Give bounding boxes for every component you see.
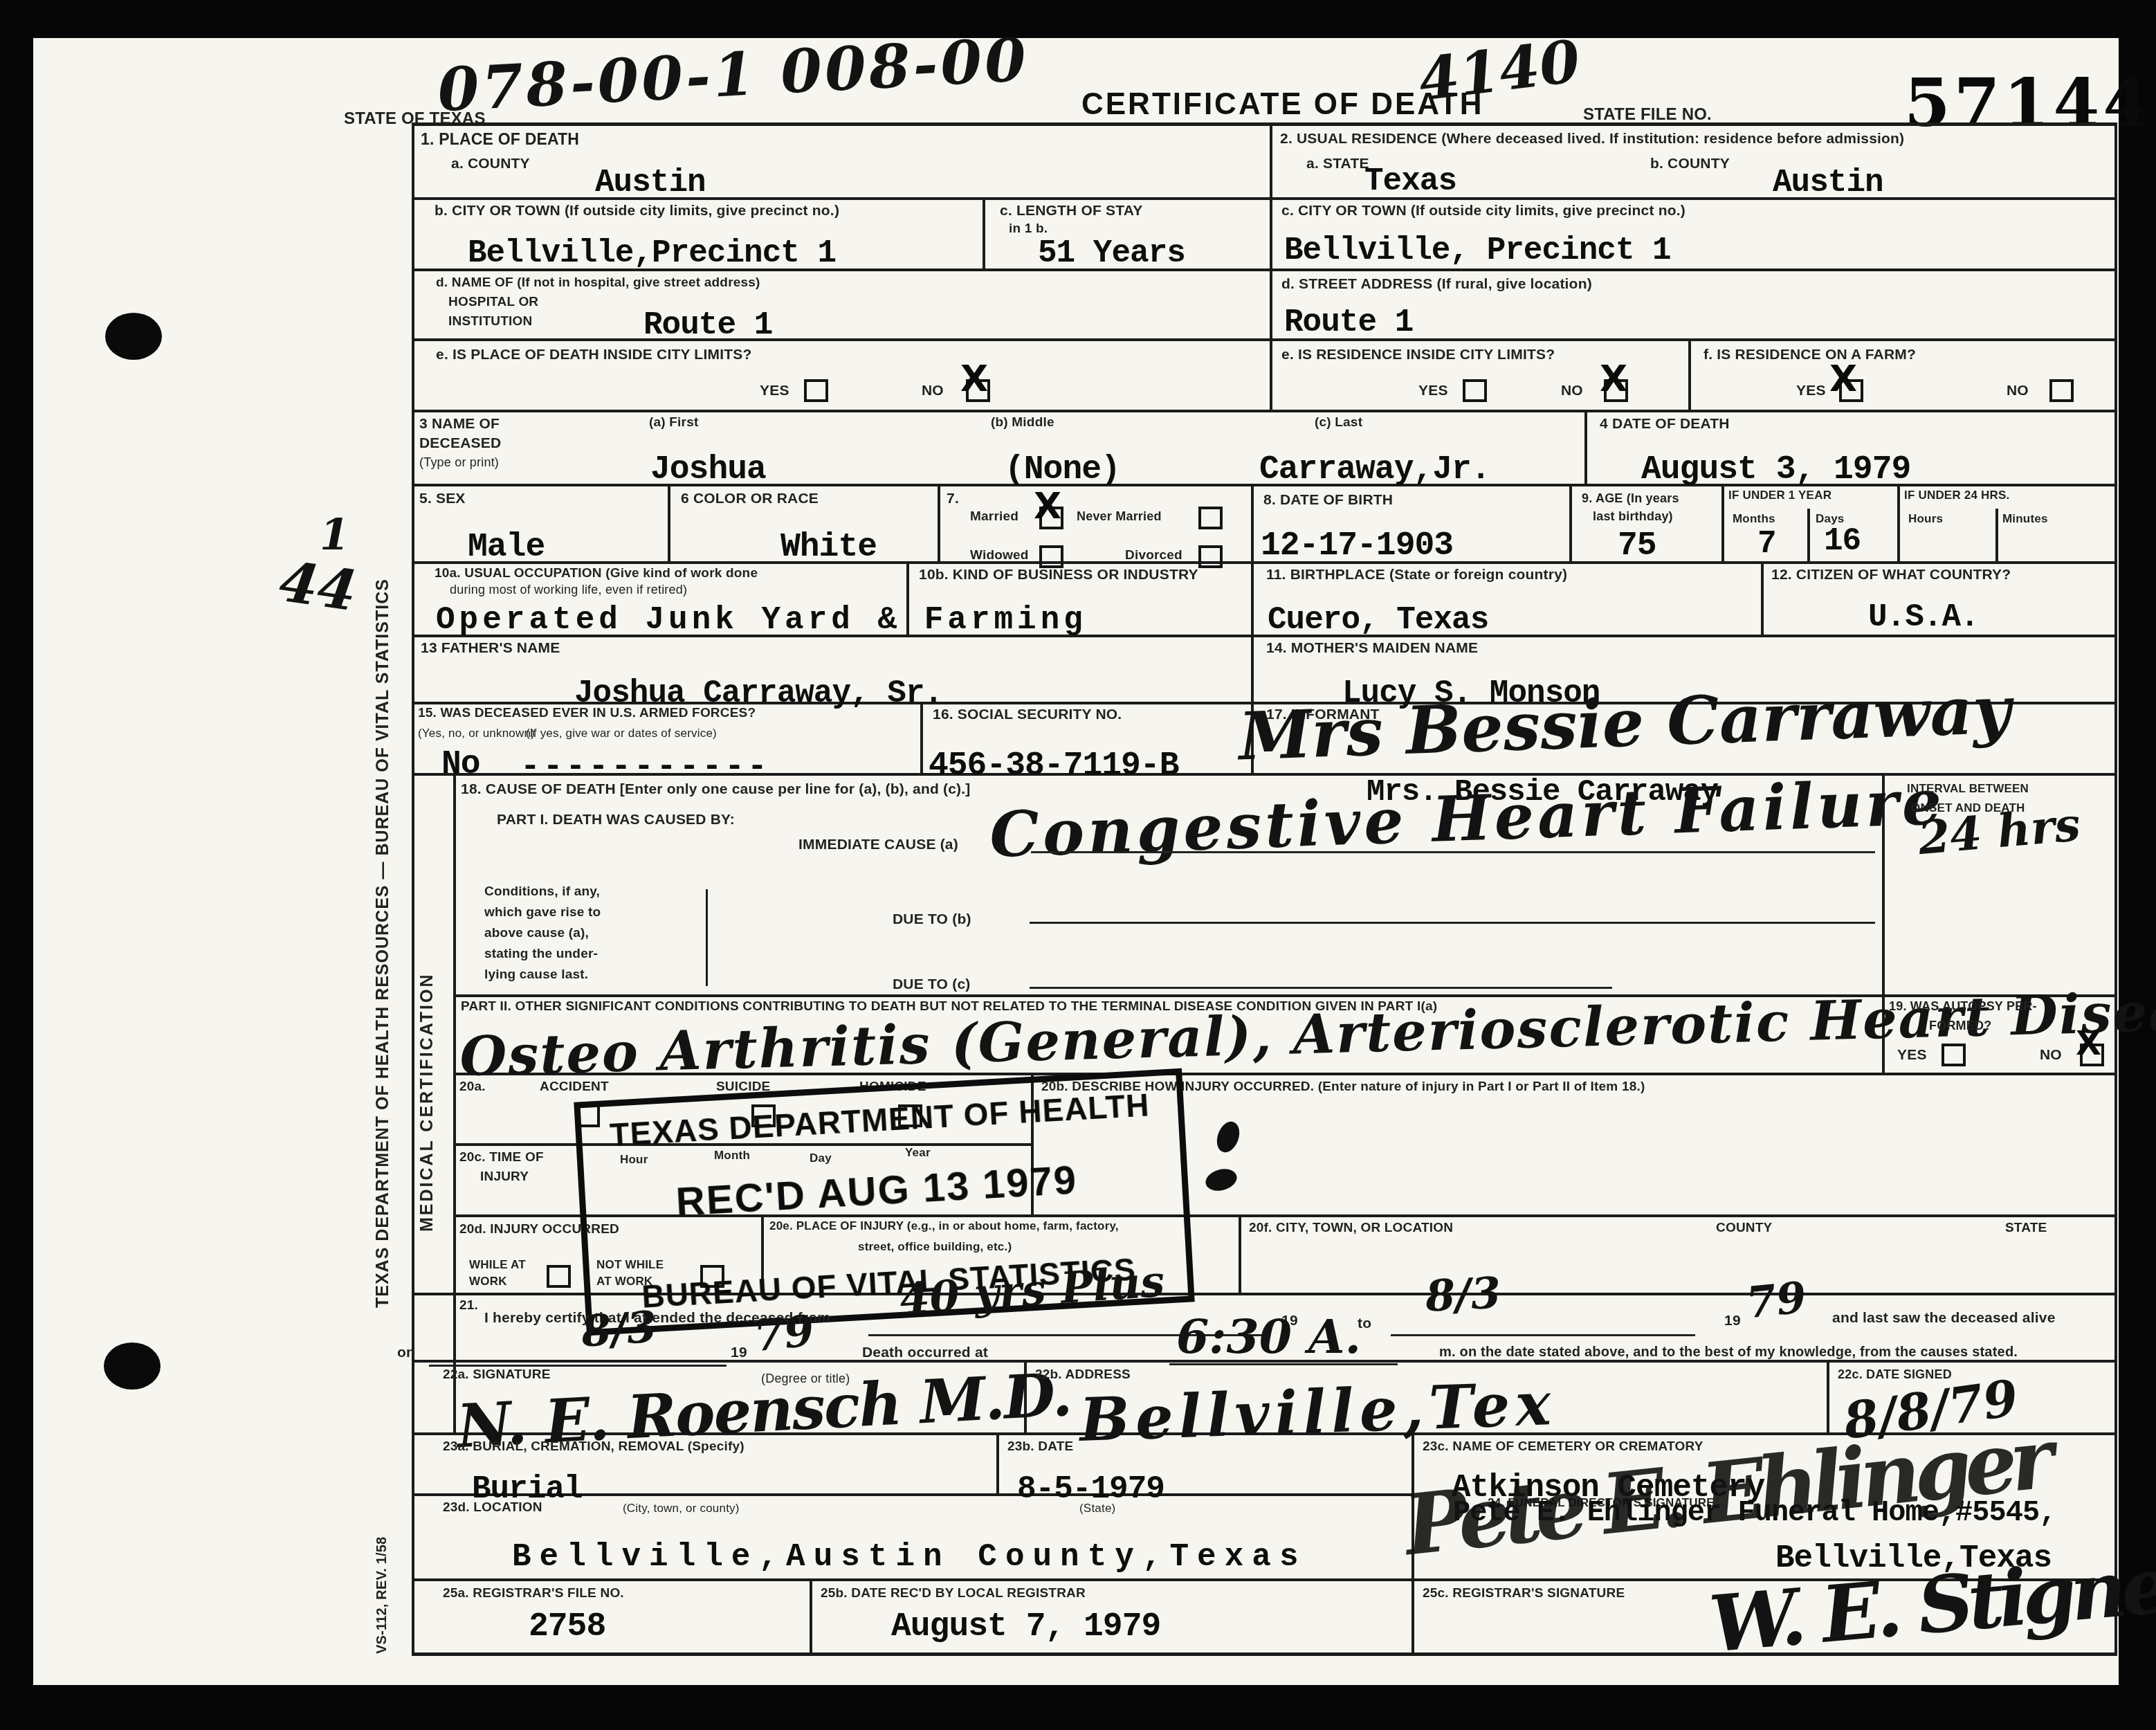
certify-text2: and last saw the deceased alive — [1832, 1309, 2056, 1327]
birthplace-value: Cuero, Texas — [1268, 602, 1488, 638]
last-name-value: Carraway,Jr. — [1259, 451, 1490, 489]
name-of-deceased-label2: DECEASED — [419, 435, 501, 452]
certify-text3: Death occurred at — [862, 1344, 988, 1361]
widowed-label: Widowed — [970, 548, 1029, 564]
form-right-border — [2114, 122, 2117, 1655]
usual-occupation-label: 10a. USUAL OCCUPATION (Give kind of work… — [435, 566, 758, 582]
residence-limits-no-checkmark: X — [1600, 358, 1627, 400]
married-label: Married — [970, 509, 1018, 525]
middle-name-value: (None) — [1005, 451, 1120, 489]
autopsy-label2: FORMED? — [1929, 1019, 1991, 1034]
never-married-label: Never Married — [1077, 509, 1162, 525]
color-or-race-label: 6 COLOR OR RACE — [681, 490, 819, 507]
margin-medical-certification-label: MEDICAL CERTIFICATION — [417, 907, 437, 1232]
age-label: 9. AGE (In years — [1582, 491, 1679, 507]
residence-state-label: a. STATE — [1306, 155, 1369, 172]
autopsy-yes-label: YES — [1897, 1046, 1927, 1064]
registrar-date-value: August 7, 1979 — [891, 1608, 1160, 1646]
certify-number: 21. — [459, 1298, 478, 1314]
armed-forces-sublabel1: (Yes, no, or unknown) — [418, 727, 535, 740]
sex-value: Male — [468, 529, 545, 566]
last-saw-date-handwritten: 8/3 — [580, 1301, 659, 1356]
armed-forces-value: No — [441, 746, 480, 783]
margin-form-code: VS-112, REV. 1/58 — [374, 1474, 390, 1654]
occupation-value: Operated Junk Yard & Farming — [436, 602, 1087, 638]
if-under-1-year-label: IF UNDER 1 YEAR — [1728, 489, 1831, 502]
injury-state-label: STATE — [2005, 1221, 2047, 1237]
autopsy-no-checkmark: X — [2076, 1024, 2101, 1063]
death-city-limits-label: e. IS PLACE OF DEATH INSIDE CITY LIMITS? — [436, 346, 751, 363]
street-address-value: Route 1 — [1284, 304, 1413, 340]
residence-city-limits-label: e. IS RESIDENCE INSIDE CITY LIMITS? — [1281, 346, 1555, 363]
conditions-brace — [706, 889, 708, 986]
signature-label: 22a. SIGNATURE — [443, 1367, 551, 1383]
injury-county-label: COUNTY — [1716, 1221, 1772, 1237]
city-or-town-value: Bellville,Precinct 1 — [468, 235, 836, 271]
date-of-birth-value: 12-17-1903 — [1261, 527, 1453, 565]
months-value: 7 — [1757, 526, 1776, 562]
divorced-checkbox — [1198, 545, 1223, 568]
usual-residence-heading: 2. USUAL RESIDENCE (Where deceased lived… — [1280, 130, 1904, 147]
residence-city-value: Bellville, Precinct 1 — [1284, 233, 1671, 268]
attended-to-handwritten: 8/3 — [1424, 1267, 1502, 1322]
time-of-injury-label1: 20c. TIME OF — [459, 1150, 544, 1166]
days-value: 16 — [1824, 523, 1861, 559]
citizen-label: 12. CITIZEN OF WHAT COUNTRY? — [1771, 566, 2011, 583]
if-under-24-hrs-label: IF UNDER 24 HRS. — [1904, 489, 2009, 502]
conditions-note-5: lying cause last. — [484, 967, 588, 983]
hole-punch-bottom — [104, 1342, 161, 1390]
registrar-file-value: 2758 — [529, 1608, 605, 1646]
middle-name-label: (b) Middle — [991, 415, 1054, 431]
armed-forces-sublabel2: (If yes, give war or dates of service) — [526, 727, 717, 740]
form-left-border — [412, 122, 414, 1655]
stamp-line2: REC'D AUG 13 1979 — [571, 1151, 1182, 1231]
autopsy-yes-checkbox — [1942, 1044, 1966, 1066]
location-label: 23d. LOCATION — [443, 1500, 542, 1516]
age-value: 75 — [1618, 527, 1656, 565]
burial-date-label: 23b. DATE — [1007, 1439, 1073, 1455]
due-to-b-label: DUE TO (b) — [893, 911, 971, 928]
date-of-birth-label: 8. DATE OF BIRTH — [1263, 491, 1393, 509]
first-name-value: Joshua — [650, 451, 766, 489]
ssn-label: 16. SOCIAL SECURITY NO. — [933, 706, 1122, 723]
age-label2: last birthday) — [1593, 509, 1673, 525]
location-value: Bellville,Austin County,Texas — [512, 1539, 1307, 1575]
kind-of-business-label: 10b. KIND OF BUSINESS OR INDUSTRY — [919, 566, 1198, 583]
while-at-work-checkbox — [547, 1265, 571, 1288]
place-of-death-heading: 1. PLACE OF DEATH — [421, 130, 579, 149]
farm-yes-label: YES — [1796, 382, 1826, 399]
interval-label1: INTERVAL BETWEEN — [1907, 782, 2029, 796]
marital-status-label: 7. — [947, 490, 959, 507]
time-of-death-handwritten: 6:30 A. — [1176, 1309, 1361, 1365]
year-79b-handwritten: 79 — [751, 1305, 816, 1362]
date-of-death-value: August 3, 1979 — [1641, 451, 1910, 489]
death-certificate-scan: TEXAS DEPARTMENT OF HEALTH RESOURCES — B… — [0, 0, 2156, 1730]
birthplace-label: 11. BIRTHPLACE (State or foreign country… — [1266, 566, 1567, 583]
certify-text4: m. on the date stated above, and to the … — [1439, 1344, 2018, 1360]
margin-agency-label: TEXAS DEPARTMENT OF HEALTH RESOURCES — B… — [372, 228, 393, 1308]
minutes-label: Minutes — [2002, 512, 2048, 526]
autopsy-label1: 19. WAS AUTOPSY PER- — [1889, 999, 2037, 1014]
county-value: Austin — [595, 165, 706, 201]
first-name-label: (a) First — [649, 415, 698, 431]
immediate-cause-label: IMMEDIATE CAUSE (a) — [798, 836, 958, 853]
certify-19-b: 19 — [1724, 1312, 1741, 1329]
city-or-town-label: b. CITY OR TOWN (If outside city limits,… — [435, 202, 839, 219]
injury-20a-label: 20a. — [459, 1080, 486, 1095]
conditions-note-1: Conditions, if any, — [484, 884, 600, 900]
certify-on: on — [397, 1344, 415, 1361]
hospital-name-label2: HOSPITAL OR — [448, 295, 538, 311]
name-of-deceased-label3: (Type or print) — [419, 455, 499, 471]
registrar-file-label: 25a. REGISTRAR'S FILE NO. — [443, 1586, 624, 1602]
death-limits-no-checkmark: X — [960, 358, 988, 400]
residence-farm-label: f. IS RESIDENCE ON A FARM? — [1703, 346, 1916, 363]
part1-label: PART I. DEATH WAS CAUSED BY: — [497, 811, 735, 828]
armed-forces-label: 15. WAS DECEASED EVER IN U.S. ARMED FORC… — [418, 706, 756, 722]
sex-label: 5. SEX — [419, 490, 466, 507]
margin-handwritten-note-2: 44 — [275, 549, 360, 624]
hole-punch-top — [105, 313, 162, 360]
mothers-maiden-name-label: 14. MOTHER'S MAIDEN NAME — [1266, 639, 1478, 657]
residence-county-value: Austin — [1773, 165, 1883, 201]
margin-handwritten-note-1: 1 — [320, 509, 349, 560]
residence-city-label: c. CITY OR TOWN (If outside city limits,… — [1281, 202, 1685, 219]
certify-19-c: 19 — [731, 1344, 747, 1361]
citizen-value: U.S.A. — [1868, 599, 1979, 635]
year-79-handwritten: 79 — [1744, 1272, 1808, 1329]
farm-no-checkbox — [2049, 379, 2074, 402]
conditions-note-4: stating the under- — [484, 947, 598, 963]
county-label: a. COUNTY — [451, 155, 530, 172]
form-top-border — [412, 122, 2117, 126]
burial-label: 23a. BURIAL, CREMATION, REMOVAL (Specify… — [443, 1439, 744, 1455]
death-limits-yes-label: YES — [760, 382, 789, 399]
residence-limits-no-label: NO — [1561, 382, 1583, 399]
farm-no-label: NO — [2007, 382, 2029, 399]
death-limits-no-label: NO — [922, 382, 944, 399]
fathers-name-label: 13 FATHER'S NAME — [421, 639, 560, 657]
date-of-death-label: 4 DATE OF DEATH — [1600, 415, 1730, 432]
married-checkmark: X — [1034, 486, 1061, 527]
registrar-date-label: 25b. DATE REC'D BY LOCAL REGISTRAR — [821, 1586, 1086, 1602]
ssn-value: 456-38-7119-B — [929, 747, 1178, 785]
autopsy-no-label: NO — [2040, 1046, 2062, 1064]
due-to-c-label: DUE TO (c) — [893, 976, 970, 993]
while-at-work-label2: WORK — [469, 1275, 507, 1289]
length-of-stay-value: 51 Years — [1038, 235, 1185, 271]
residence-limits-yes-checkbox — [1463, 379, 1487, 402]
while-at-work-label1: WHILE AT — [469, 1258, 526, 1272]
last-name-label: (c) Last — [1315, 415, 1362, 431]
widowed-checkbox — [1039, 545, 1063, 568]
name-of-deceased-label1: 3 NAME OF — [419, 415, 500, 432]
time-of-injury-label2: INJURY — [480, 1169, 529, 1185]
residence-state-value: Texas — [1364, 163, 1456, 199]
never-married-checkbox — [1198, 507, 1223, 529]
location-sublabel1: (City, town, or county) — [623, 1502, 740, 1515]
address-label: 22b. ADDRESS — [1035, 1367, 1131, 1383]
hospital-name-label: d. NAME OF (If not in hospital, give str… — [436, 275, 760, 291]
conditions-note-3: above cause (a), — [484, 926, 589, 942]
usual-occupation-label2: during most of working life, even if ret… — [450, 583, 687, 598]
hospital-name-label3: INSTITUTION — [448, 314, 532, 330]
accident-label: ACCIDENT — [540, 1080, 609, 1095]
street-address-label: d. STREET ADDRESS (If rural, give locati… — [1281, 275, 1592, 293]
cause-of-death-heading: 18. CAUSE OF DEATH [Enter only one cause… — [461, 781, 970, 798]
months-label: Months — [1733, 512, 1775, 526]
hours-label: Hours — [1908, 512, 1943, 526]
location-sublabel2: (State) — [1079, 1502, 1115, 1515]
registrar-signature-label: 25c. REGISTRAR'S SIGNATURE — [1423, 1586, 1625, 1602]
race-value: White — [780, 529, 877, 566]
injury-city-label: 20f. CITY, TOWN, OR LOCATION — [1249, 1221, 1453, 1237]
death-limits-yes-checkbox — [804, 379, 828, 402]
farm-yes-checkmark: X — [1829, 358, 1857, 400]
residence-limits-yes-label: YES — [1418, 382, 1448, 399]
hospital-name-value: Route 1 — [643, 307, 772, 343]
divorced-label: Divorced — [1125, 548, 1182, 564]
length-of-stay-label: c. LENGTH OF STAY — [1000, 202, 1142, 219]
conditions-note-2: which gave rise to — [484, 905, 601, 921]
residence-county-label: b. COUNTY — [1650, 155, 1730, 172]
